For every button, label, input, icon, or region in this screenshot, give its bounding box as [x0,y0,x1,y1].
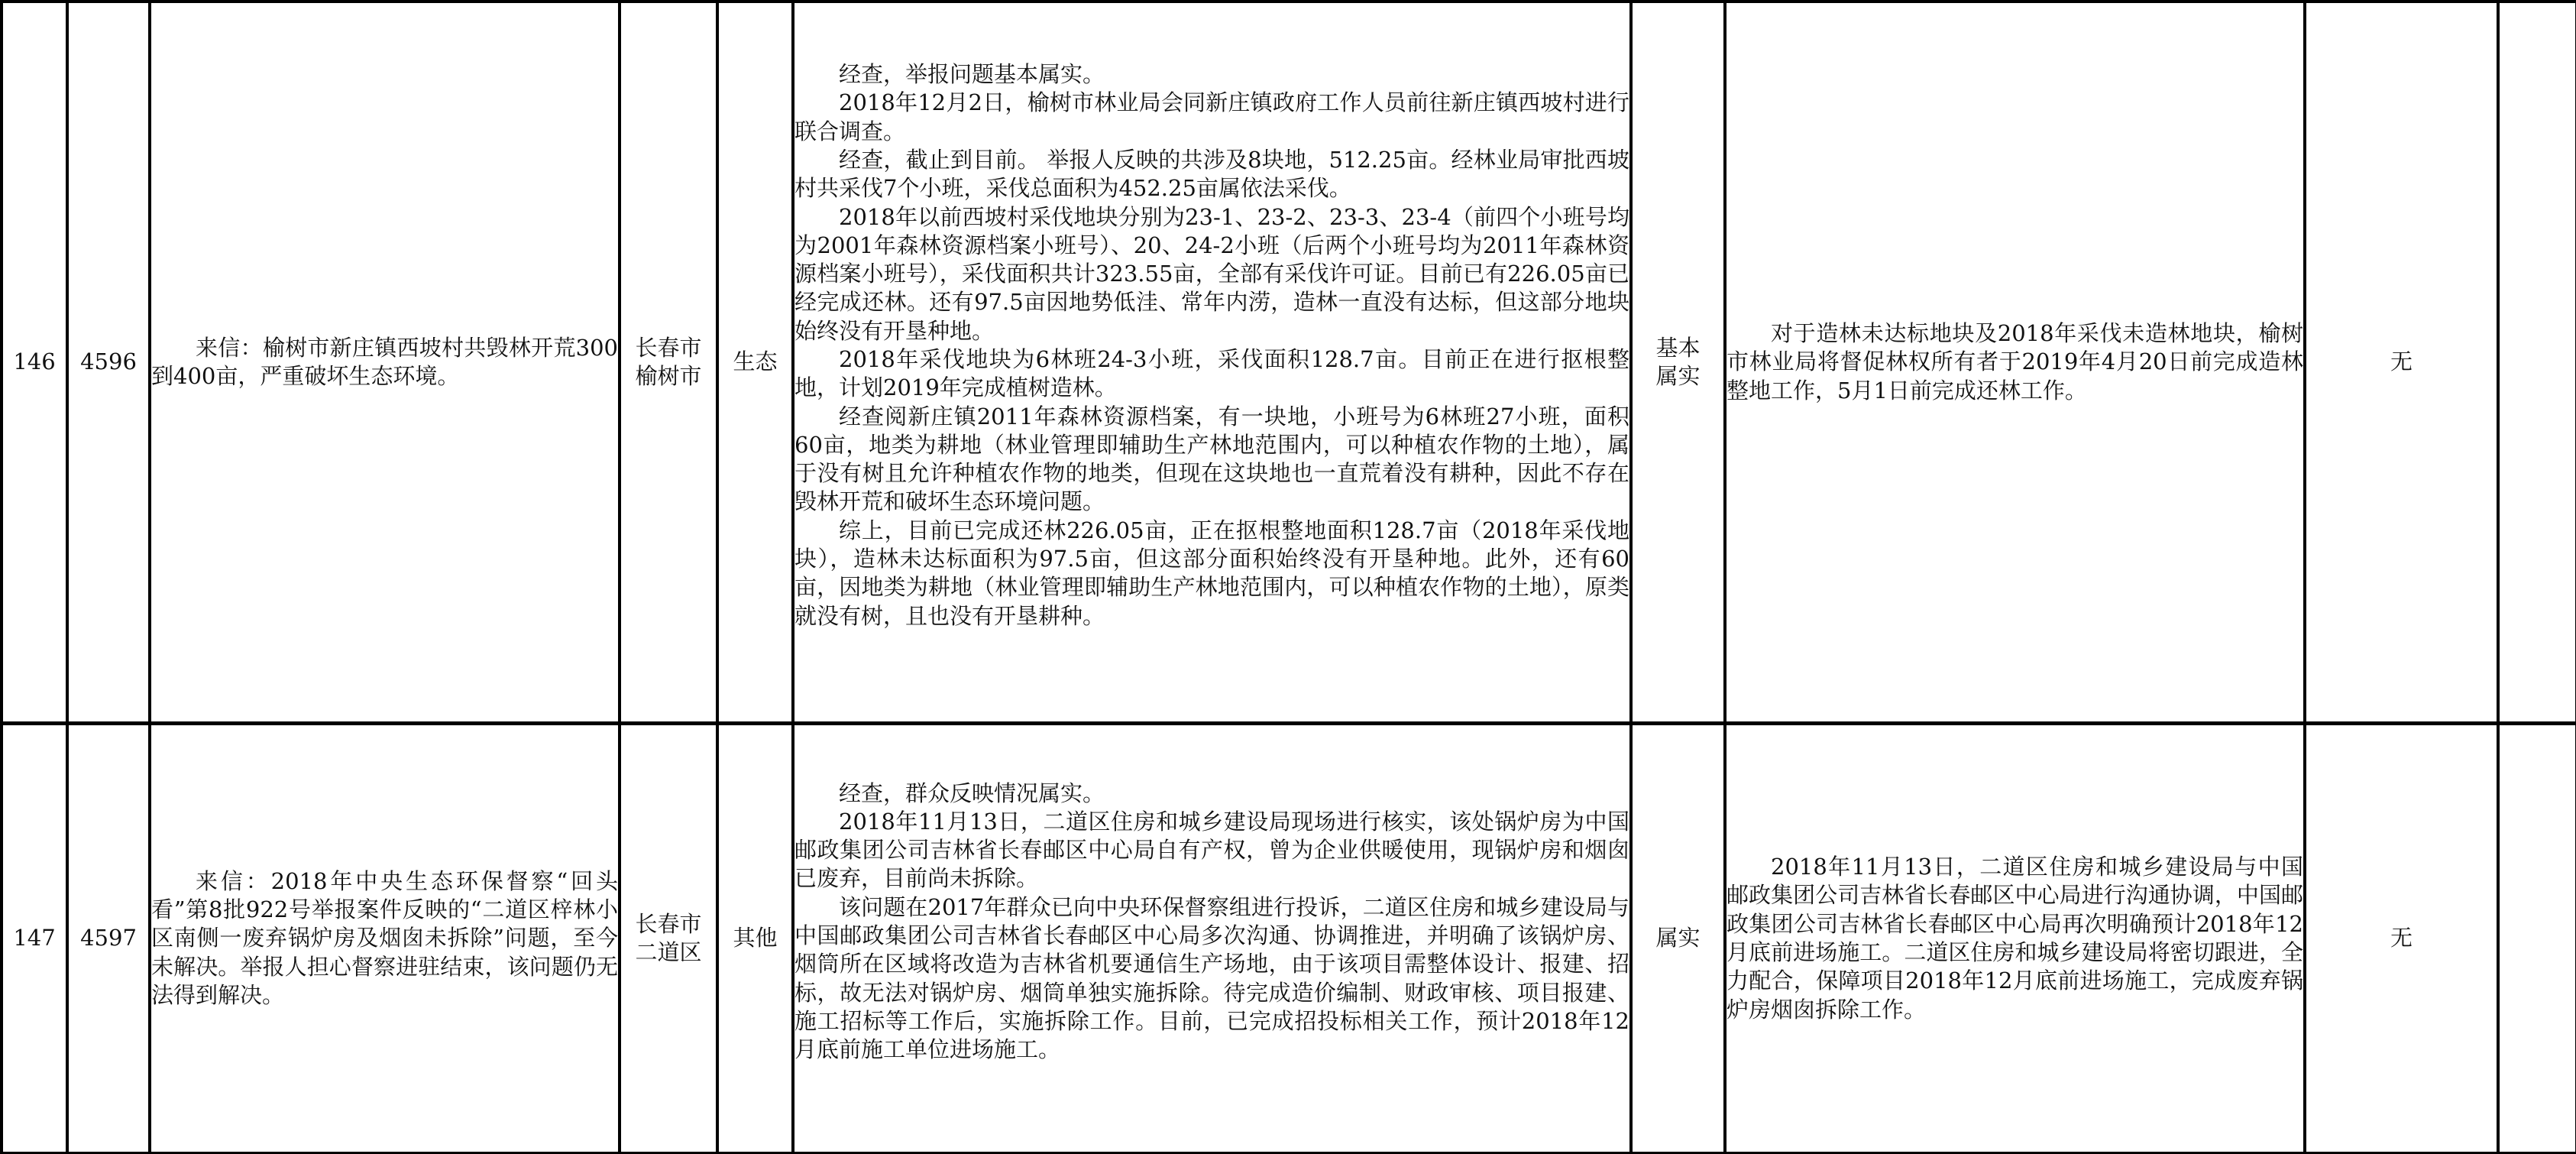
investigation-paragraph: 2018年以前西坡村采伐地块分别为23-1、23-2、23-3、23-4（前四个… [794,203,1629,345]
row-index-cell: 147 [2,724,67,1154]
case-number: 4597 [80,925,137,951]
case-number-cell: 4596 [67,2,150,724]
row-index-cell: 146 [2,2,67,724]
case-table: 146 4596 来信：榆树市新庄镇西坡村共毁林开荒300到400亩，严重破坏生… [0,0,2576,1154]
investigation-paragraph: 该问题在2017年群众已向中央环保督察组进行投诉，二道区住房和城乡建设局与中国邮… [794,893,1629,1065]
table-row: 147 4597 来信：2018年中央生态环保督察“回头看”第8批922号举报案… [2,724,2576,1154]
investigation-cell: 经查，群众反映情况属实。 2018年11月13日，二道区住房和城乡建设局现场进行… [793,724,1631,1154]
spacer [794,1064,1629,1097]
verdict-cell: 属实 [1631,724,1725,1154]
spacer [794,630,1629,664]
rectification-cell: 对于造林未达标地块及2018年采伐未造林地块，榆树市林业局将督促林权所有者于20… [1725,2,2305,724]
region-district: 榆树市 [621,362,716,391]
investigation-paragraph: 综上，目前已完成还林226.05亩，正在抠根整地面积128.7亩（2018年采伐… [794,517,1629,630]
rectification-text: 对于造林未达标地块及2018年采伐未造林地块，榆树市林业局将督促林权所有者于20… [1727,319,2303,405]
investigation-paragraph: 2018年11月13日，二道区住房和城乡建设局现场进行核实，该处锅炉房为中国邮政… [794,808,1629,893]
region-city: 长春市 [621,910,716,938]
case-number: 4596 [80,348,137,374]
region-cell: 长春市 二道区 [620,724,717,1154]
complaint-text: 来信：榆树市新庄镇西坡村共毁林开荒300到400亩，严重破坏生态环境。 [151,334,618,391]
verdict-line: 属实 [1633,924,1723,952]
rectification-cell: 2018年11月13日，二道区住房和城乡建设局与中国邮政集团公司吉林省长春邮区中… [1725,724,2305,1154]
row-index: 147 [13,925,55,951]
accountability: 无 [2390,348,2413,374]
category-cell: 其他 [717,724,793,1154]
accountability-cell: 无 [2305,724,2498,1154]
investigation-paragraph: 经查，举报问题基本属实。 [794,60,1629,89]
investigation-paragraph: 经查，群众反映情况属实。 [794,780,1629,808]
remarks-cell [2498,724,2576,1154]
remarks-cell [2498,2,2576,724]
investigation-paragraph: 2018年12月2日，榆树市林业局会同新庄镇政府工作人员前往新庄镇西坡村进行联合… [794,89,1629,146]
investigation-paragraph: 经查阅新庄镇2011年森林资源档案，有一块地，小班号为6林班27小班，面积60亩… [794,403,1629,517]
category: 其他 [733,925,777,951]
region-district: 二道区 [621,938,716,967]
region-cell: 长春市 榆树市 [620,2,717,724]
investigation-cell: 经查，举报问题基本属实。 2018年12月2日，榆树市林业局会同新庄镇政府工作人… [793,2,1631,724]
accountability: 无 [2390,925,2413,951]
verdict-line: 属实 [1633,362,1723,391]
region-city: 长春市 [621,334,716,362]
table-row: 146 4596 来信：榆树市新庄镇西坡村共毁林开荒300到400亩，严重破坏生… [2,2,2576,724]
rectification-text: 2018年11月13日，二道区住房和城乡建设局与中国邮政集团公司吉林省长春邮区中… [1727,853,2303,1024]
category-cell: 生态 [717,2,793,724]
accountability-cell: 无 [2305,2,2498,724]
investigation-paragraph: 经查，截止到目前。 举报人反映的共涉及8块地，512.25亩。经林业局审批西坡村… [794,146,1629,203]
investigation-paragraph: 2018年采伐地块为6林班24-3小班，采伐面积128.7亩。目前正在进行抠根整… [794,345,1629,403]
complaint-cell: 来信：2018年中央生态环保督察“回头看”第8批922号举报案件反映的“二道区梓… [150,724,620,1154]
row-index: 146 [13,348,55,374]
verdict-line: 基本 [1633,334,1723,362]
case-number-cell: 4597 [67,724,150,1154]
category: 生态 [733,348,777,374]
complaint-cell: 来信：榆树市新庄镇西坡村共毁林开荒300到400亩，严重破坏生态环境。 [150,2,620,724]
verdict-cell: 基本 属实 [1631,2,1725,724]
complaint-text: 来信：2018年中央生态环保督察“回头看”第8批922号举报案件反映的“二道区梓… [151,867,618,1010]
